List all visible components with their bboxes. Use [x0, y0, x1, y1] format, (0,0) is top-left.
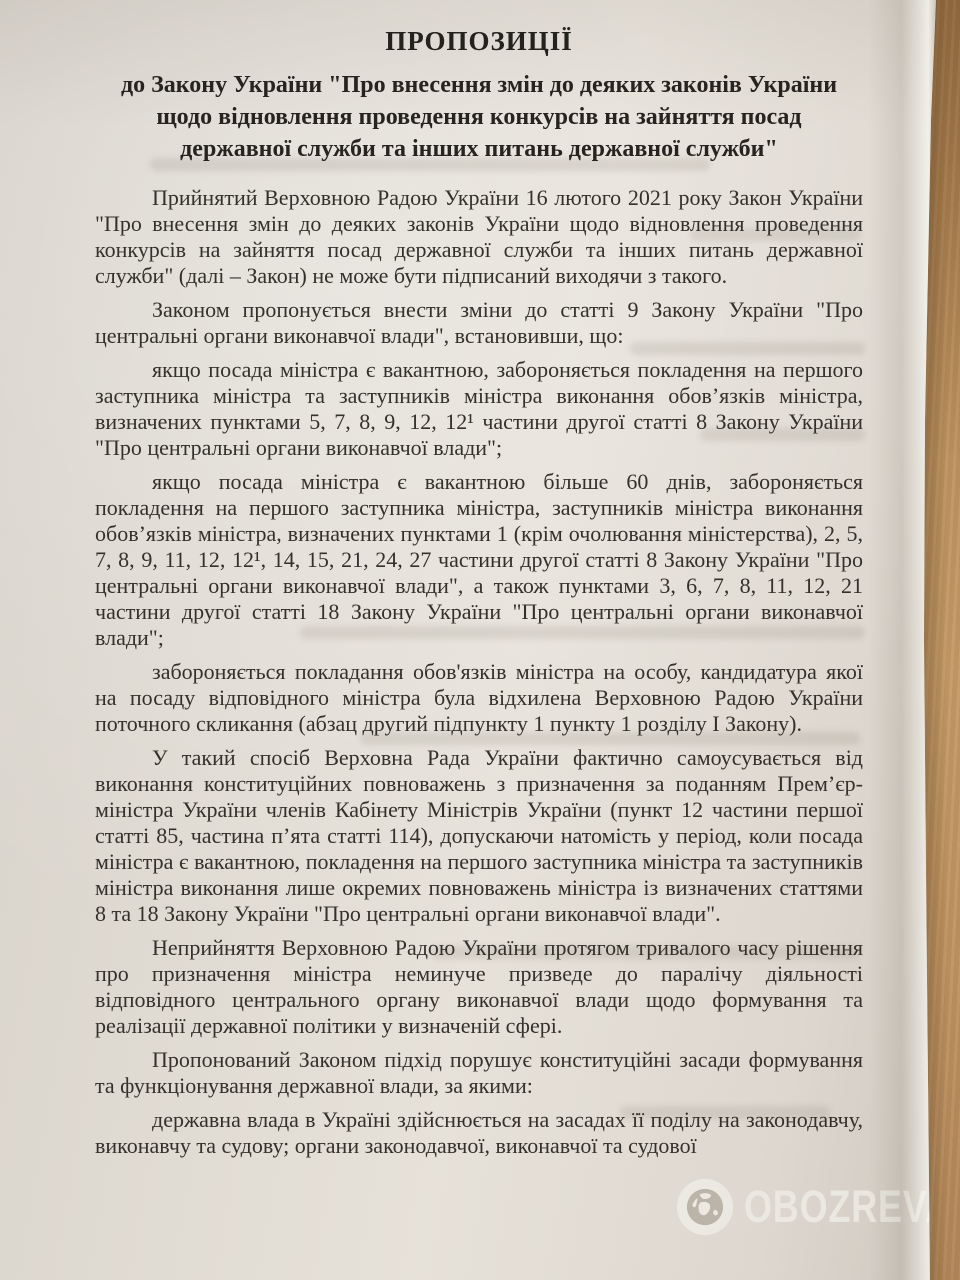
document-content: ПРОПОЗИЦІЇ до Закону України "Про внесен…: [95, 26, 863, 1167]
subtitle-line: державної служби та інших питань державн…: [95, 133, 863, 165]
obozrevatel-watermark: OBOZREVATEL: [676, 1178, 960, 1236]
document-body: Прийнятий Верховною Радою України 16 лют…: [95, 185, 863, 1159]
paragraph: забороняється покладання обов'язків міні…: [95, 659, 863, 737]
paragraph: Законом пропонується внести зміни до ста…: [95, 297, 863, 349]
paragraph: У такий спосіб Верховна Рада України фак…: [95, 745, 863, 927]
document-subtitle: до Закону України "Про внесення змін до …: [95, 69, 863, 165]
photo-background-wood-desk: ПРОПОЗИЦІЇ до Закону України "Про внесен…: [0, 0, 960, 1280]
subtitle-line: щодо відновлення проведення конкурсів на…: [95, 101, 863, 133]
paragraph: Пропонований Законом підхід порушує конс…: [95, 1047, 863, 1099]
paragraph: державна влада в Україні здійснюється на…: [95, 1107, 863, 1159]
subtitle-line: до Закону України "Про внесення змін до …: [95, 69, 863, 101]
paragraph: якщо посада міністра є вакантною більше …: [95, 469, 863, 651]
globe-icon: [676, 1178, 734, 1236]
paragraph: Прийнятий Верховною Радою України 16 лют…: [95, 185, 863, 289]
watermark-brand-name: OBOZREVATEL: [744, 1181, 960, 1233]
paragraph: Неприйняття Верховною Радою України прот…: [95, 935, 863, 1039]
paragraph: якщо посада міністра є вакантною, заборо…: [95, 357, 863, 461]
document-title: ПРОПОЗИЦІЇ: [95, 26, 863, 57]
document-page: ПРОПОЗИЦІЇ до Закону України "Про внесен…: [0, 0, 942, 1280]
